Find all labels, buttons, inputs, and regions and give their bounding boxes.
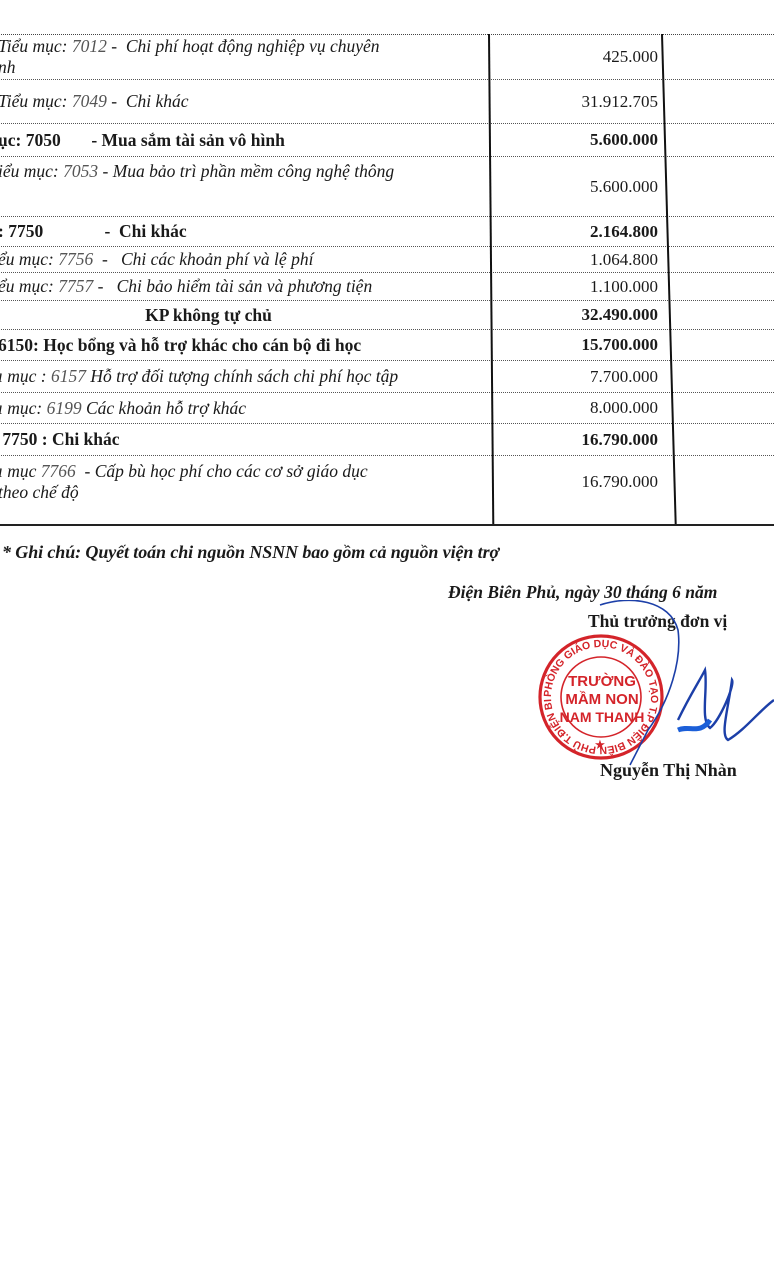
table-row: ı mục : 6157 Hỗ trợ đối tượng chính sách… <box>0 360 774 392</box>
row-amount: 16.790.000 <box>487 424 670 455</box>
table-row: Tiểu mục: 7049 - Chi khác31.912.705 <box>0 79 774 123</box>
row-amount: 8.000.000 <box>487 393 670 423</box>
row-empty-cell <box>670 424 774 455</box>
row-amount: 15.700.000 <box>487 330 670 360</box>
row-description: KP không tự chủ <box>0 301 487 329</box>
budget-code: 7049 <box>72 91 107 111</box>
table-row: KP không tự chủ32.490.000 <box>0 300 774 329</box>
row-empty-cell <box>670 330 774 360</box>
row-amount: 32.490.000 <box>487 301 670 329</box>
row-amount: 1.064.800 <box>487 247 670 272</box>
budget-code: 6157 <box>51 366 86 386</box>
row-empty-cell <box>670 157 774 216</box>
row-description: 7750 : Chi khác <box>0 424 487 455</box>
table-bottom-border <box>0 524 774 526</box>
budget-code: 7757 <box>58 276 93 296</box>
budget-code: 6150 <box>0 335 33 355</box>
footnote: * Ghi chú: Quyết toán chi nguồn NSNN bao… <box>2 542 499 563</box>
budget-code: 7750 <box>2 429 37 449</box>
row-empty-cell <box>670 80 774 123</box>
row-empty-cell <box>670 393 774 423</box>
budget-code: 7750 <box>8 221 43 241</box>
table-row: : 7750 - Chi khác2.164.800 <box>0 216 774 246</box>
table-row: ı mục: 6199 Các khoản hỗ trợ khác8.000.0… <box>0 392 774 423</box>
handwritten-signature-icon <box>560 600 774 780</box>
row-description: ı mục : 6157 Hỗ trợ đối tượng chính sách… <box>0 361 487 392</box>
row-description: Tiểu mục: 7049 - Chi khác <box>0 80 487 123</box>
row-empty-cell <box>670 301 774 329</box>
table-row: 6150: Học bổng và hỗ trợ khác cho cán bộ… <box>0 329 774 360</box>
table-row: ểu mục: 7757 - Chi bảo hiểm tài sản và p… <box>0 272 774 300</box>
row-empty-cell <box>670 35 774 79</box>
row-empty-cell <box>670 124 774 156</box>
row-description: ı mục: 6199 Các khoản hỗ trợ khác <box>0 393 487 423</box>
budget-code: 7012 <box>72 36 107 56</box>
budget-code: 7766 <box>41 461 76 481</box>
table-row: ı mục 7766 - Cấp bù học phí cho các cơ s… <box>0 455 774 508</box>
row-empty-cell <box>670 247 774 272</box>
table-row: ục: 7050 - Mua sắm tài sản vô hình5.600.… <box>0 123 774 156</box>
row-amount: 7.700.000 <box>487 361 670 392</box>
row-description: ểu mục: 7756 - Chi các khoản phí và lệ p… <box>0 247 487 272</box>
row-amount: 5.600.000 <box>487 157 670 216</box>
row-description: ục: 7050 - Mua sắm tài sản vô hình <box>0 124 487 156</box>
document-page: Tiểu mục: 7012 - Chi phí hoạt động nghiệ… <box>0 0 774 1280</box>
table-row: iểu mục: 7053 - Mua bảo trì phần mềm côn… <box>0 156 774 216</box>
table-row: Tiểu mục: 7012 - Chi phí hoạt động nghiệ… <box>0 34 774 79</box>
budget-code: 7050 <box>26 130 61 150</box>
row-description: ı mục 7766 - Cấp bù học phí cho các cơ s… <box>0 456 487 508</box>
budget-table: Tiểu mục: 7012 - Chi phí hoạt động nghiệ… <box>0 34 774 508</box>
row-amount: 16.790.000 <box>487 456 670 508</box>
row-amount: 1.100.000 <box>487 273 670 300</box>
row-amount: 2.164.800 <box>487 217 670 246</box>
budget-code: 7756 <box>58 249 93 269</box>
row-amount: 5.600.000 <box>487 124 670 156</box>
row-description: Tiểu mục: 7012 - Chi phí hoạt động nghiệ… <box>0 35 487 79</box>
signer-name: Nguyễn Thị Nhàn <box>600 760 737 781</box>
row-empty-cell <box>670 273 774 300</box>
row-description: 6150: Học bổng và hỗ trợ khác cho cán bộ… <box>0 330 487 360</box>
budget-code: 6199 <box>47 398 82 418</box>
row-empty-cell <box>670 456 774 508</box>
table-row: 7750 : Chi khác16.790.000 <box>0 423 774 455</box>
row-empty-cell <box>670 361 774 392</box>
row-amount: 425.000 <box>487 35 670 79</box>
budget-code: 7053 <box>63 161 98 181</box>
table-row: ểu mục: 7756 - Chi các khoản phí và lệ p… <box>0 246 774 272</box>
row-description: iểu mục: 7053 - Mua bảo trì phần mềm côn… <box>0 157 487 216</box>
row-amount: 31.912.705 <box>487 80 670 123</box>
row-empty-cell <box>670 217 774 246</box>
row-description: : 7750 - Chi khác <box>0 217 487 246</box>
row-description: ểu mục: 7757 - Chi bảo hiểm tài sản và p… <box>0 273 487 300</box>
